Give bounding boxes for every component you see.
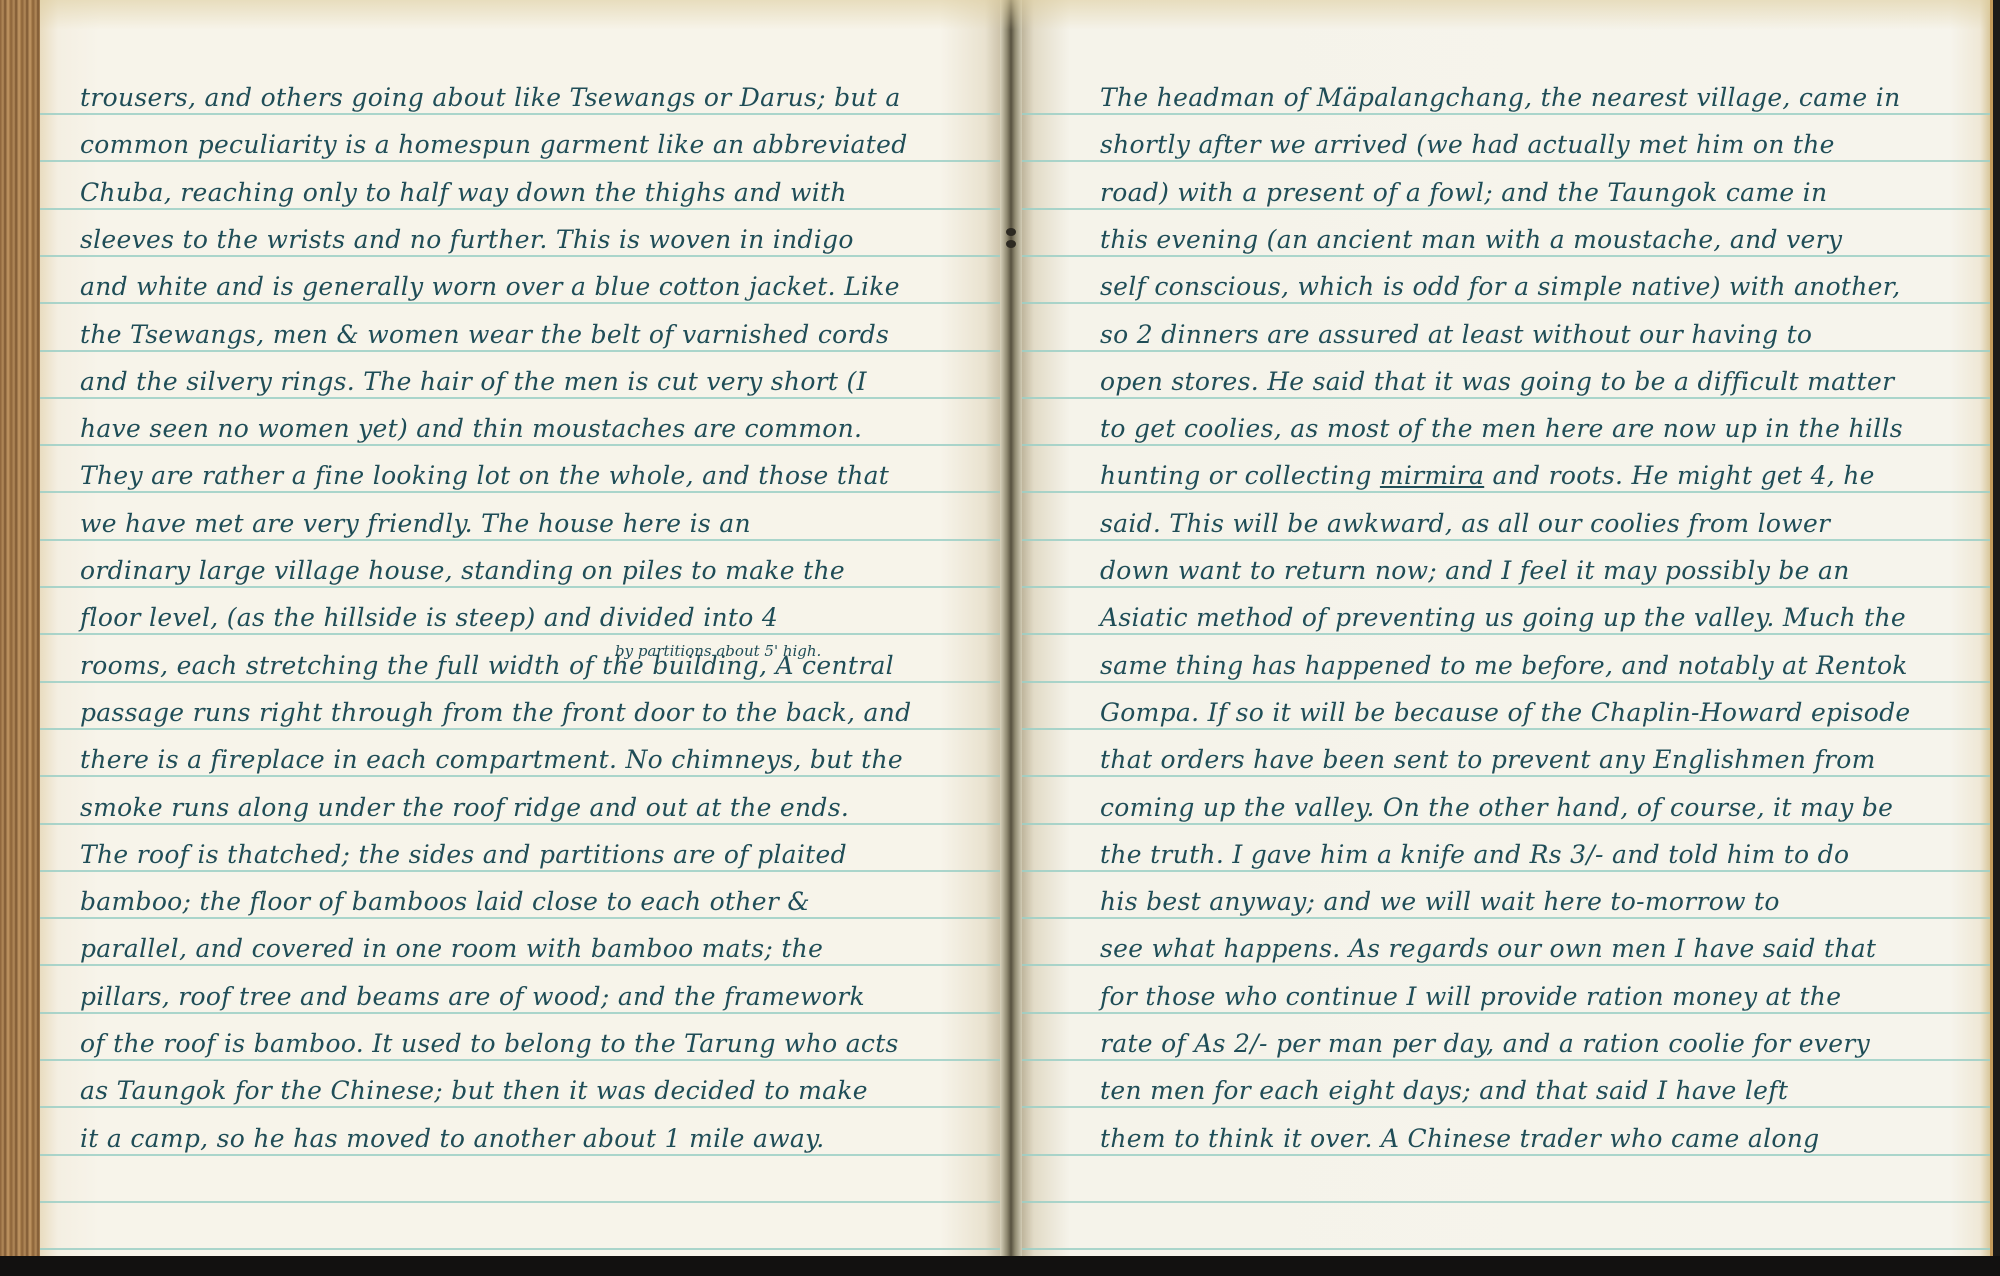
ruled-line xyxy=(40,1106,1002,1108)
handwritten-line: and white and is generally worn over a b… xyxy=(80,272,900,301)
handwritten-line: as Taungok for the Chinese; but then it … xyxy=(80,1076,868,1105)
handwritten-line: The headman of Mäpalangchang, the neares… xyxy=(1100,83,1900,112)
ruled-line xyxy=(1020,775,1990,777)
ruled-line xyxy=(1020,1106,1990,1108)
ruled-line xyxy=(40,1012,1002,1014)
book-spine xyxy=(1000,0,1022,1256)
ruled-line xyxy=(40,1248,1002,1250)
handwritten-line: to get coolies, as most of the men here … xyxy=(1100,414,1903,443)
ruled-line xyxy=(40,964,1002,966)
handwritten-line: bamboo; the floor of bamboos laid close … xyxy=(80,887,810,916)
handwritten-line: down want to return now; and I feel it m… xyxy=(1100,556,1850,585)
handwritten-line: common peculiarity is a homespun garment… xyxy=(80,130,908,159)
binding-stitch-icon xyxy=(1006,228,1016,236)
ruled-line xyxy=(40,586,1002,588)
ruled-line xyxy=(1020,208,1990,210)
handwritten-line: The roof is thatched; the sides and part… xyxy=(80,840,847,869)
ruled-line xyxy=(40,113,1002,115)
ruled-line xyxy=(40,160,1002,162)
handwritten-line: parallel, and covered in one room with b… xyxy=(80,934,823,963)
handwritten-line: open stores. He said that it was going t… xyxy=(1100,367,1894,396)
handwritten-line: Asiatic method of preventing us going up… xyxy=(1100,603,1906,632)
handwritten-line: Chuba, reaching only to half way down th… xyxy=(80,178,847,207)
handwritten-line: coming up the valley. On the other hand,… xyxy=(1100,793,1893,822)
handwritten-line: for those who continue I will provide ra… xyxy=(1100,982,1841,1011)
ruled-line xyxy=(40,208,1002,210)
ruled-line xyxy=(1020,539,1990,541)
handwritten-line: rate of As 2/- per man per day, and a ra… xyxy=(1100,1029,1870,1058)
underlined-word: mirmira xyxy=(1380,461,1484,490)
ruled-line xyxy=(1020,302,1990,304)
margin-insertion: by partitions about 5' high. xyxy=(615,642,821,660)
handwritten-line: and the silvery rings. The hair of the m… xyxy=(80,367,867,396)
handwritten-line: the truth. I gave him a knife and Rs 3/-… xyxy=(1100,840,1849,869)
handwritten-line: hunting or collecting mirmira and roots.… xyxy=(1100,461,1875,490)
notebook-spread: trousers, and others going about like Ts… xyxy=(0,0,2000,1256)
ruled-line xyxy=(40,350,1002,352)
ruled-line xyxy=(40,539,1002,541)
handwritten-line: them to think it over. A Chinese trader … xyxy=(1100,1124,1819,1153)
handwritten-line: it a camp, so he has moved to another ab… xyxy=(80,1124,824,1153)
ruled-line xyxy=(40,681,1002,683)
handwritten-line: self conscious, which is odd for a simpl… xyxy=(1100,272,1901,301)
handwritten-line: smoke runs along under the roof ridge an… xyxy=(80,793,849,822)
ruled-line xyxy=(1020,964,1990,966)
handwritten-line: his best anyway; and we will wait here t… xyxy=(1100,887,1780,916)
ruled-line xyxy=(40,302,1002,304)
ruled-line xyxy=(40,917,1002,919)
handwritten-line: we have met are very friendly. The house… xyxy=(80,509,751,538)
right-page: The headman of Mäpalangchang, the neares… xyxy=(1020,0,1993,1259)
handwritten-line: road) with a present of a fowl; and the … xyxy=(1100,178,1827,207)
handwritten-line: have seen no women yet) and thin moustac… xyxy=(80,414,862,443)
ruled-line xyxy=(40,1154,1002,1156)
paper-stain xyxy=(40,0,1990,30)
background-surface xyxy=(0,1256,2000,1276)
handwritten-line: ordinary large village house, standing o… xyxy=(80,556,845,585)
handwritten-line: They are rather a fine looking lot on th… xyxy=(80,461,889,490)
handwritten-line: said. This will be awkward, as all our c… xyxy=(1100,509,1830,538)
ruled-line xyxy=(1020,397,1990,399)
ruled-line xyxy=(1020,1248,1990,1250)
handwritten-line: there is a fireplace in each compartment… xyxy=(80,745,903,774)
ruled-line xyxy=(1020,491,1990,493)
ruled-line xyxy=(1020,444,1990,446)
handwritten-line: the Tsewangs, men & women wear the belt … xyxy=(80,320,889,349)
ruled-line xyxy=(1020,586,1990,588)
ruled-line xyxy=(1020,113,1990,115)
ruled-line xyxy=(1020,1059,1990,1061)
ruled-line xyxy=(1020,728,1990,730)
ruled-line xyxy=(1020,823,1990,825)
ruled-line xyxy=(1020,1201,1990,1203)
ruled-line xyxy=(40,444,1002,446)
ruled-line xyxy=(1020,633,1990,635)
ruled-line xyxy=(1020,1154,1990,1156)
ruled-line xyxy=(40,775,1002,777)
ruled-line xyxy=(1020,255,1990,257)
ruled-line xyxy=(1020,917,1990,919)
handwritten-line: that orders have been sent to prevent an… xyxy=(1100,745,1876,774)
ruled-line xyxy=(1020,870,1990,872)
ruled-line xyxy=(40,870,1002,872)
ruled-line xyxy=(40,397,1002,399)
ruled-line xyxy=(40,633,1002,635)
handwritten-line: ten men for each eight days; and that sa… xyxy=(1100,1076,1788,1105)
ruled-line xyxy=(40,1201,1002,1203)
handwritten-line: passage runs right through from the fron… xyxy=(80,698,911,727)
ruled-line xyxy=(1020,1012,1990,1014)
binding-stitch-icon xyxy=(1006,240,1016,248)
ruled-line xyxy=(40,255,1002,257)
handwritten-line: shortly after we arrived (we had actuall… xyxy=(1100,130,1835,159)
handwritten-line: same thing has happened to me before, an… xyxy=(1100,651,1908,680)
handwritten-line: floor level, (as the hillside is steep) … xyxy=(80,603,778,632)
handwritten-line: trousers, and others going about like Ts… xyxy=(80,83,901,112)
handwritten-line: so 2 dinners are assured at least withou… xyxy=(1100,320,1812,349)
ruled-line xyxy=(1020,350,1990,352)
page-edges-left xyxy=(0,0,42,1256)
handwritten-line: this evening (an ancient man with a mous… xyxy=(1100,225,1842,254)
ruled-line xyxy=(40,1059,1002,1061)
handwritten-line: of the roof is bamboo. It used to belong… xyxy=(80,1029,899,1058)
ruled-line xyxy=(1020,160,1990,162)
handwritten-line: pillars, roof tree and beams are of wood… xyxy=(80,982,865,1011)
ruled-line xyxy=(40,491,1002,493)
handwritten-line: see what happens. As regards our own men… xyxy=(1100,934,1876,963)
ruled-line xyxy=(1020,681,1990,683)
handwritten-line: sleeves to the wrists and no further. Th… xyxy=(80,225,854,254)
ruled-line xyxy=(40,728,1002,730)
handwritten-line: Gompa. If so it will be because of the C… xyxy=(1100,698,1911,727)
ruled-line xyxy=(40,823,1002,825)
left-page: trousers, and others going about like Ts… xyxy=(40,0,1002,1259)
